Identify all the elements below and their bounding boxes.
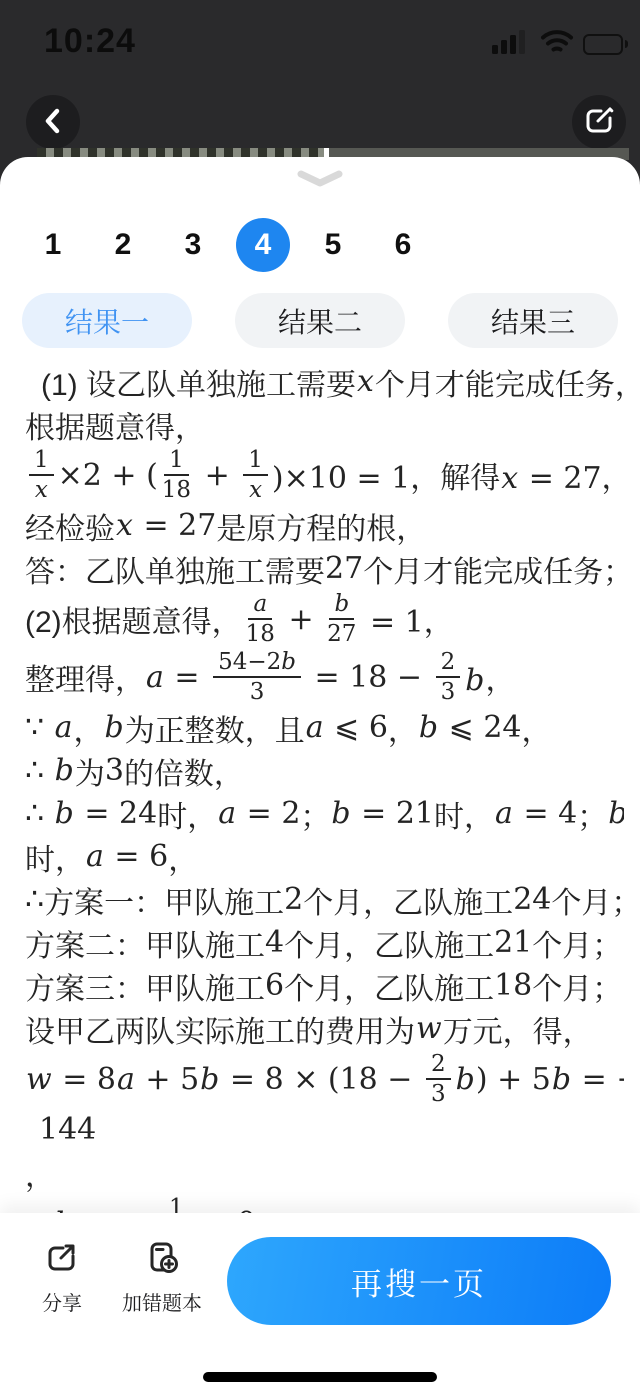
math-text: x = 27， <box>500 453 624 497</box>
share-icon <box>44 1239 80 1278</box>
share-button[interactable]: 分享 <box>28 1239 96 1316</box>
math-text: ×2 + ( <box>58 458 158 493</box>
math-text: w <box>415 1011 443 1046</box>
math-text: 2 <box>284 882 303 917</box>
results-sheet: 123456 结果一结果二结果三 (1) 设乙队单独施工需要x个月才能完成任务，… <box>0 157 640 1388</box>
fraction: 54−2b3 <box>213 650 301 704</box>
cjk-text: ； <box>577 792 607 836</box>
bottom-action-bar: 分享 加错题本 再搜一页 <box>0 1213 640 1388</box>
fraction: 1x <box>243 448 268 502</box>
pagination: 123456 <box>26 217 446 273</box>
math-text: < 0 <box>193 1206 256 1214</box>
cjk-text: 整理得， <box>25 655 145 699</box>
math-text: x = 27 <box>115 508 216 543</box>
math-text: b， <box>464 655 515 699</box>
solution-content[interactable]: (1) 设乙队单独施工需要x个月才能完成任务，根据题意得，1x×2 + (118… <box>25 360 624 1213</box>
cjk-text: ； <box>300 792 330 836</box>
search-again-button[interactable]: 再搜一页 <box>227 1237 611 1325</box>
cjk-text: 的倍数， <box>124 749 244 793</box>
page-number-3[interactable]: 3 <box>166 218 220 272</box>
solution-line: ∵ a，b为正整数，且a ⩽ 6，b ⩽ 24， <box>25 706 624 749</box>
solution-line: 整理得，a = 54−2b3 = 18 − 23b， <box>25 648 624 706</box>
solution-line: ∴方案一：甲队施工2个月，乙队施工24个月； <box>25 878 624 921</box>
tab-result-3[interactable]: 结果三 <box>448 293 618 348</box>
cjk-text: 时， <box>434 792 494 836</box>
back-button[interactable] <box>26 95 80 149</box>
cjk-text: 时， <box>157 792 217 836</box>
cjk-text: 方案一：甲队施工 <box>44 878 284 922</box>
tab-result-2[interactable]: 结果二 <box>235 293 405 348</box>
solution-line: 根据题意得， <box>25 403 624 446</box>
cjk-text: 方案三：甲队施工 <box>25 964 265 1008</box>
status-bar: 10:24 <box>0 0 640 62</box>
math-text: 6 <box>265 968 284 1003</box>
cjk-text: ， <box>388 706 418 750</box>
page-number-4[interactable]: 4 <box>236 218 290 272</box>
cjk-text: 时， <box>25 835 85 879</box>
solution-line: (2)根据题意得，a18 + b27 = 1， <box>25 590 624 648</box>
chevron-left-icon <box>42 106 64 139</box>
math-text: a = 6 <box>85 839 168 874</box>
math-text: − <box>135 1206 160 1214</box>
math-text: a = <box>145 660 209 695</box>
solution-line: 方案三：甲队施工6个月，乙队施工18个月； <box>25 964 624 1007</box>
mistake-book-label: 加错题本 <box>122 1287 202 1316</box>
cjk-text: ， <box>74 706 104 750</box>
math-text: a ⩽ 6 <box>305 710 388 745</box>
fraction: 118 <box>162 448 191 502</box>
result-tabs: 结果一结果二结果三 <box>22 293 618 348</box>
math-text: a = 2 <box>217 796 300 831</box>
solution-line: 答：乙队单独施工需要27个月才能完成任务； <box>25 547 624 590</box>
cjk-text: ， <box>168 835 198 879</box>
math-text: 144 <box>39 1112 96 1147</box>
chevron-down-icon <box>296 175 344 192</box>
cjk-text: 根据题意得， <box>25 403 205 447</box>
math-text: = 1， <box>360 597 453 641</box>
math-text: ∴ b <box>25 753 75 788</box>
cjk-text: 设甲乙两队实际施工的费用为 <box>25 1007 415 1051</box>
cjk-text: 为正整数，且 <box>125 706 305 750</box>
solution-line: ∴ b = 24时，a = 2；b = 21时，a = 4；b = 18 <box>25 792 624 835</box>
math-text: 4 <box>265 925 284 960</box>
math-text: + <box>279 602 323 637</box>
cjk-text: 经检验 <box>25 504 115 548</box>
tab-result-1[interactable]: 结果一 <box>22 293 192 348</box>
cjk-text: 万元，得， <box>443 1007 593 1051</box>
math-text: b ⩽ 24 <box>418 710 522 745</box>
wifi-icon <box>540 29 574 60</box>
solution-line: 设甲乙两队实际施工的费用为w万元，得， <box>25 1007 624 1050</box>
math-text: 3 <box>105 753 124 788</box>
cjk-text: 解得 <box>440 453 500 497</box>
solution-line: 经检验x = 27是原方程的根， <box>25 504 624 547</box>
solution-line: w = 8a + 5b = 8 × (18 − 23b) + 5b = −13b… <box>25 1050 624 1108</box>
math-text: 24 <box>513 882 551 917</box>
math-text: b) + 5b = − <box>455 1062 624 1097</box>
math-text: = 18 − <box>305 660 432 695</box>
math-text: x <box>356 364 375 399</box>
fraction: 23 <box>436 650 461 704</box>
solution-line: ， <box>25 1151 624 1194</box>
math-text: w = 8a + 5b = 8 × (18 − <box>25 1062 422 1097</box>
compose-button[interactable] <box>572 95 626 149</box>
battery-icon <box>583 34 628 55</box>
cjk-text: 是原方程的根， <box>216 504 426 548</box>
cjk-text: 为 <box>75 749 105 793</box>
solution-line: 方案二：甲队施工4个月，乙队施工21个月； <box>25 921 624 964</box>
solution-line: ∵ b −13 < 0 <box>25 1194 624 1213</box>
add-mistake-book-button[interactable]: 加错题本 <box>108 1239 216 1316</box>
cjk-text: (2)根据题意得， <box>25 597 242 641</box>
solution-line: ∴ b为3的倍数， <box>25 749 624 792</box>
fraction: a18 <box>246 592 275 646</box>
math-text: b <box>104 710 125 745</box>
fraction: b27 <box>327 592 356 646</box>
cjk-text: ， <box>522 706 552 750</box>
math-text: a = 4 <box>494 796 577 831</box>
cjk-text: (1) 设乙队单独施工需要 <box>41 360 356 404</box>
math-text: ∵ a <box>25 710 74 745</box>
home-indicator[interactable] <box>203 1372 437 1382</box>
cellular-signal-icon <box>491 28 531 60</box>
cjk-text: 个月，乙队施工 <box>284 964 494 1008</box>
cjk-text: 个月，乙队施工 <box>303 878 513 922</box>
cjk-text: 个月才能完成任务； <box>363 547 624 591</box>
page-number-2[interactable]: 2 <box>96 218 150 272</box>
math-text: ∴ <box>25 882 44 917</box>
cjk-text: 个月； <box>551 878 624 922</box>
fraction: 1x <box>29 448 54 502</box>
status-icons <box>491 28 628 60</box>
math-text: ∵ b <box>25 1206 75 1214</box>
share-label: 分享 <box>42 1287 82 1316</box>
page-number-1[interactable]: 1 <box>26 218 80 272</box>
solution-line: 1x×2 + (118 + 1x)×10 = 1，解得x = 27， <box>25 446 624 504</box>
solution-line: 时，a = 6， <box>25 835 624 878</box>
page-number-6[interactable]: 6 <box>376 218 430 272</box>
page-number-5[interactable]: 5 <box>306 218 360 272</box>
math-text: ∴ b = 24 <box>25 796 157 831</box>
solution-line: (1) 设乙队单独施工需要x个月才能完成任务， <box>25 360 624 403</box>
math-text: 18 <box>494 968 532 1003</box>
math-text: )×10 = 1， <box>272 453 440 497</box>
math-text: b = 21 <box>330 796 434 831</box>
cjk-text: 个月； <box>532 964 622 1008</box>
math-text: + <box>195 458 239 493</box>
mistake-book-icon <box>144 1239 180 1278</box>
clock-time: 10:24 <box>44 22 136 61</box>
fraction: 13 <box>164 1196 189 1213</box>
phone-screen: 10:24 <box>0 0 640 1388</box>
sheet-collapse-handle[interactable] <box>296 170 344 193</box>
math-text: 21 <box>494 925 532 960</box>
cjk-text: 个月才能完成任务， <box>375 360 624 404</box>
solution-line: 144 <box>25 1108 624 1151</box>
math-text: b = 18 <box>607 796 624 831</box>
cjk-text: 答：乙队单独施工需要 <box>25 547 325 591</box>
cjk-text <box>75 1201 135 1213</box>
math-text: ， <box>25 1151 55 1195</box>
compose-icon <box>582 104 616 141</box>
fraction: 23 <box>426 1052 451 1106</box>
math-text: 27 <box>325 551 363 586</box>
cjk-text: 个月，乙队施工 <box>284 921 494 965</box>
cjk-text: 个月； <box>532 921 622 965</box>
cjk-text: 方案二：甲队施工 <box>25 921 265 965</box>
